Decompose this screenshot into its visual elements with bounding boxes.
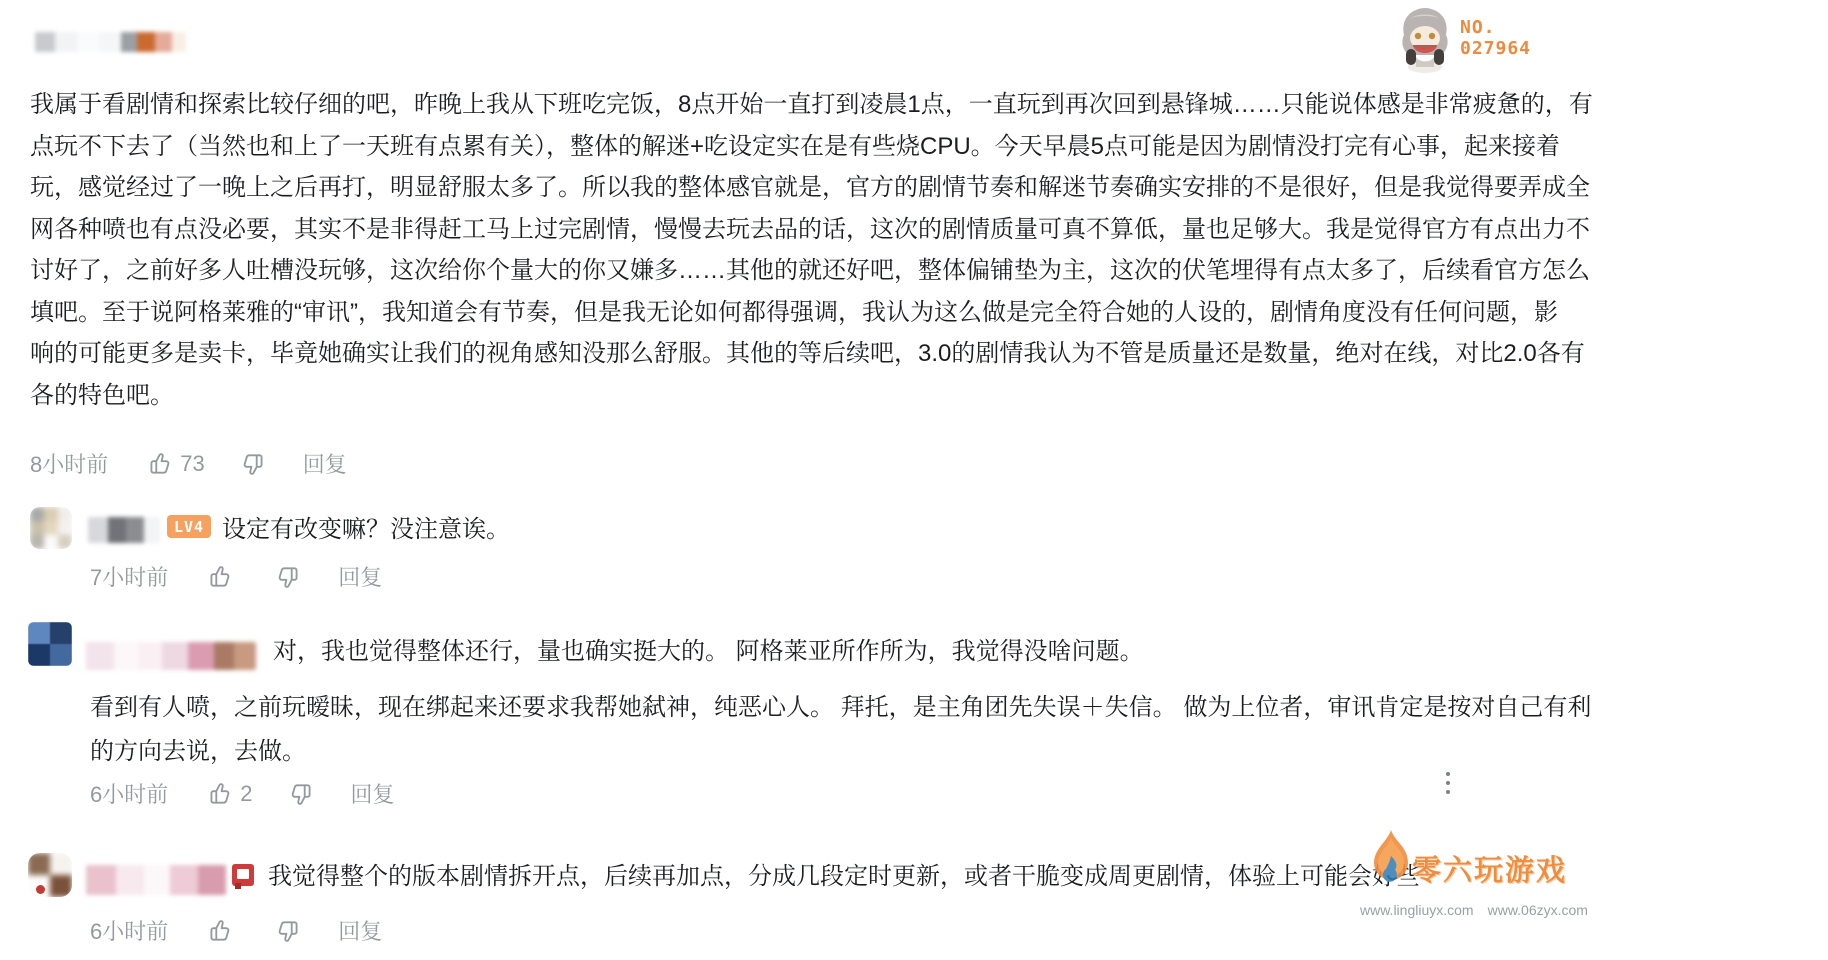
- reply-text: 我觉得整个的版本剧情拆开点，后续再加点，分成几段定时更新，或者干脆变成周更剧情，…: [268, 855, 1420, 899]
- watermark-url: www.06zyx.com: [1488, 902, 1588, 918]
- thumb-down-icon: [276, 564, 302, 590]
- comment-text-line: 玩，感觉经过了一晚上之后再打，明显舒服太多了。所以我的整体感官就是，官方的剧情节…: [30, 167, 1570, 209]
- reply-button[interactable]: 回复: [351, 778, 395, 809]
- thumb-down-icon: [241, 451, 267, 477]
- comment-text-line: 我属于看剧情和探索比较仔细的吧，昨晚上我从下班吃完饭，8点开始一直打到凌晨1点，…: [30, 84, 1570, 126]
- comment-text-line: 网各种喷也有点没必要，其实不是非得赶工马上过完剧情，慢慢去玩去品的话，这次的剧情…: [30, 209, 1570, 251]
- comment-timestamp: 7小时前: [90, 561, 168, 592]
- chibi-avatar-icon: [1396, 5, 1454, 82]
- dislike-button[interactable]: [276, 564, 302, 590]
- player-number: NO. 027964: [1460, 17, 1531, 59]
- redacted-username: [35, 32, 186, 52]
- comment-timestamp: 6小时前: [90, 778, 168, 809]
- like-button[interactable]: 2: [206, 781, 252, 807]
- thumb-up-icon: [206, 781, 232, 807]
- reply-text: 对，我也觉得整体还行，量也确实挺大的。 阿格莱亚所作所为，我觉得没啥问题。: [273, 630, 1144, 674]
- comment-text-line: 响的可能更多是卖卡，毕竟她确实让我们的视角感知没那么舒服。其他的等后续吧，3.0…: [30, 333, 1570, 375]
- reply-button[interactable]: 回复: [303, 448, 347, 479]
- thumb-down-icon: [276, 918, 302, 944]
- reply-text: 设定有改变嘛？没注意诶。: [222, 508, 510, 552]
- reply-item: 对，我也觉得整体还行，量也确实挺大的。 阿格莱亚所作所为，我觉得没啥问题。 看到…: [0, 620, 1828, 825]
- main-comment-actions: 8小时前 73 回复: [30, 448, 347, 479]
- like-button[interactable]: [206, 918, 240, 944]
- redacted-username: [86, 642, 256, 670]
- dislike-button[interactable]: [276, 918, 302, 944]
- redacted-username: [86, 865, 226, 895]
- watermark-brand: 零六玩游戏: [1412, 848, 1567, 889]
- reply-item: LV4 设定有改变嘛？没注意诶。 7小时前 回复: [0, 505, 1828, 600]
- like-count: 73: [180, 451, 204, 477]
- main-comment-text: 我属于看剧情和探索比较仔细的吧，昨晚上我从下班吃完饭，8点开始一直打到凌晨1点，…: [30, 84, 1570, 416]
- thumb-up-icon: [206, 918, 232, 944]
- comment-text-line: 各的特色吧。: [30, 375, 1570, 417]
- thumb-down-icon: [289, 781, 315, 807]
- comment-text-line: 讨好了，之前好多人吐槽没玩够，这次给你个量大的你又嫌多……其他的就还好吧，整体偏…: [30, 250, 1570, 292]
- comment-timestamp: 8小时前: [30, 448, 108, 479]
- comment-text-line: 点玩不下去了（当然也和上了一天班有点累有关），整体的解迷+吃设定实在是有些烧CP…: [30, 126, 1570, 168]
- avatar[interactable]: [30, 507, 72, 549]
- more-options-icon[interactable]: [1446, 772, 1450, 794]
- avatar[interactable]: [28, 853, 72, 897]
- level-badge: LV4: [167, 515, 211, 538]
- comment-text-line: 填吧。至于说阿格莱雅的“审讯”，我知道会有节奏，但是我无论如何都得强调，我认为这…: [30, 292, 1570, 334]
- dislike-button[interactable]: [241, 451, 267, 477]
- site-watermark: 零六玩游戏 www.lingliuyx.com www.06zyx.com: [1360, 828, 1575, 933]
- redacted-username: [88, 517, 160, 543]
- avatar[interactable]: [28, 622, 72, 666]
- thumb-up-icon: [206, 564, 232, 590]
- like-button[interactable]: 73: [146, 451, 204, 477]
- reply-button[interactable]: 回复: [338, 561, 382, 592]
- dislike-button[interactable]: [289, 781, 315, 807]
- like-button[interactable]: [206, 564, 240, 590]
- reply-actions: 7小时前 回复: [90, 561, 382, 592]
- watermark-url: www.lingliuyx.com: [1360, 902, 1474, 918]
- comment-section: NO. 027964 我属于看剧情和探索比较仔细的吧，昨晚上我从下班吃完饭，8点…: [0, 0, 1828, 960]
- comment-timestamp: 6小时前: [90, 915, 168, 946]
- like-count: 2: [240, 781, 252, 807]
- fan-badge-icon: [232, 864, 254, 889]
- reply-text-continued: 看到有人喷，之前玩暧昧，现在绑起来还要求我帮她弑神，纯恶心人。 拜托，是主角团先…: [90, 686, 1591, 774]
- reply-actions: 6小时前 回复: [90, 915, 382, 946]
- thumb-up-icon: [146, 451, 172, 477]
- reply-actions: 6小时前 2 回复: [90, 778, 395, 809]
- flame-logo-icon: [1366, 828, 1416, 905]
- player-number-card: NO. 027964: [1396, 5, 1586, 83]
- reply-button[interactable]: 回复: [338, 915, 382, 946]
